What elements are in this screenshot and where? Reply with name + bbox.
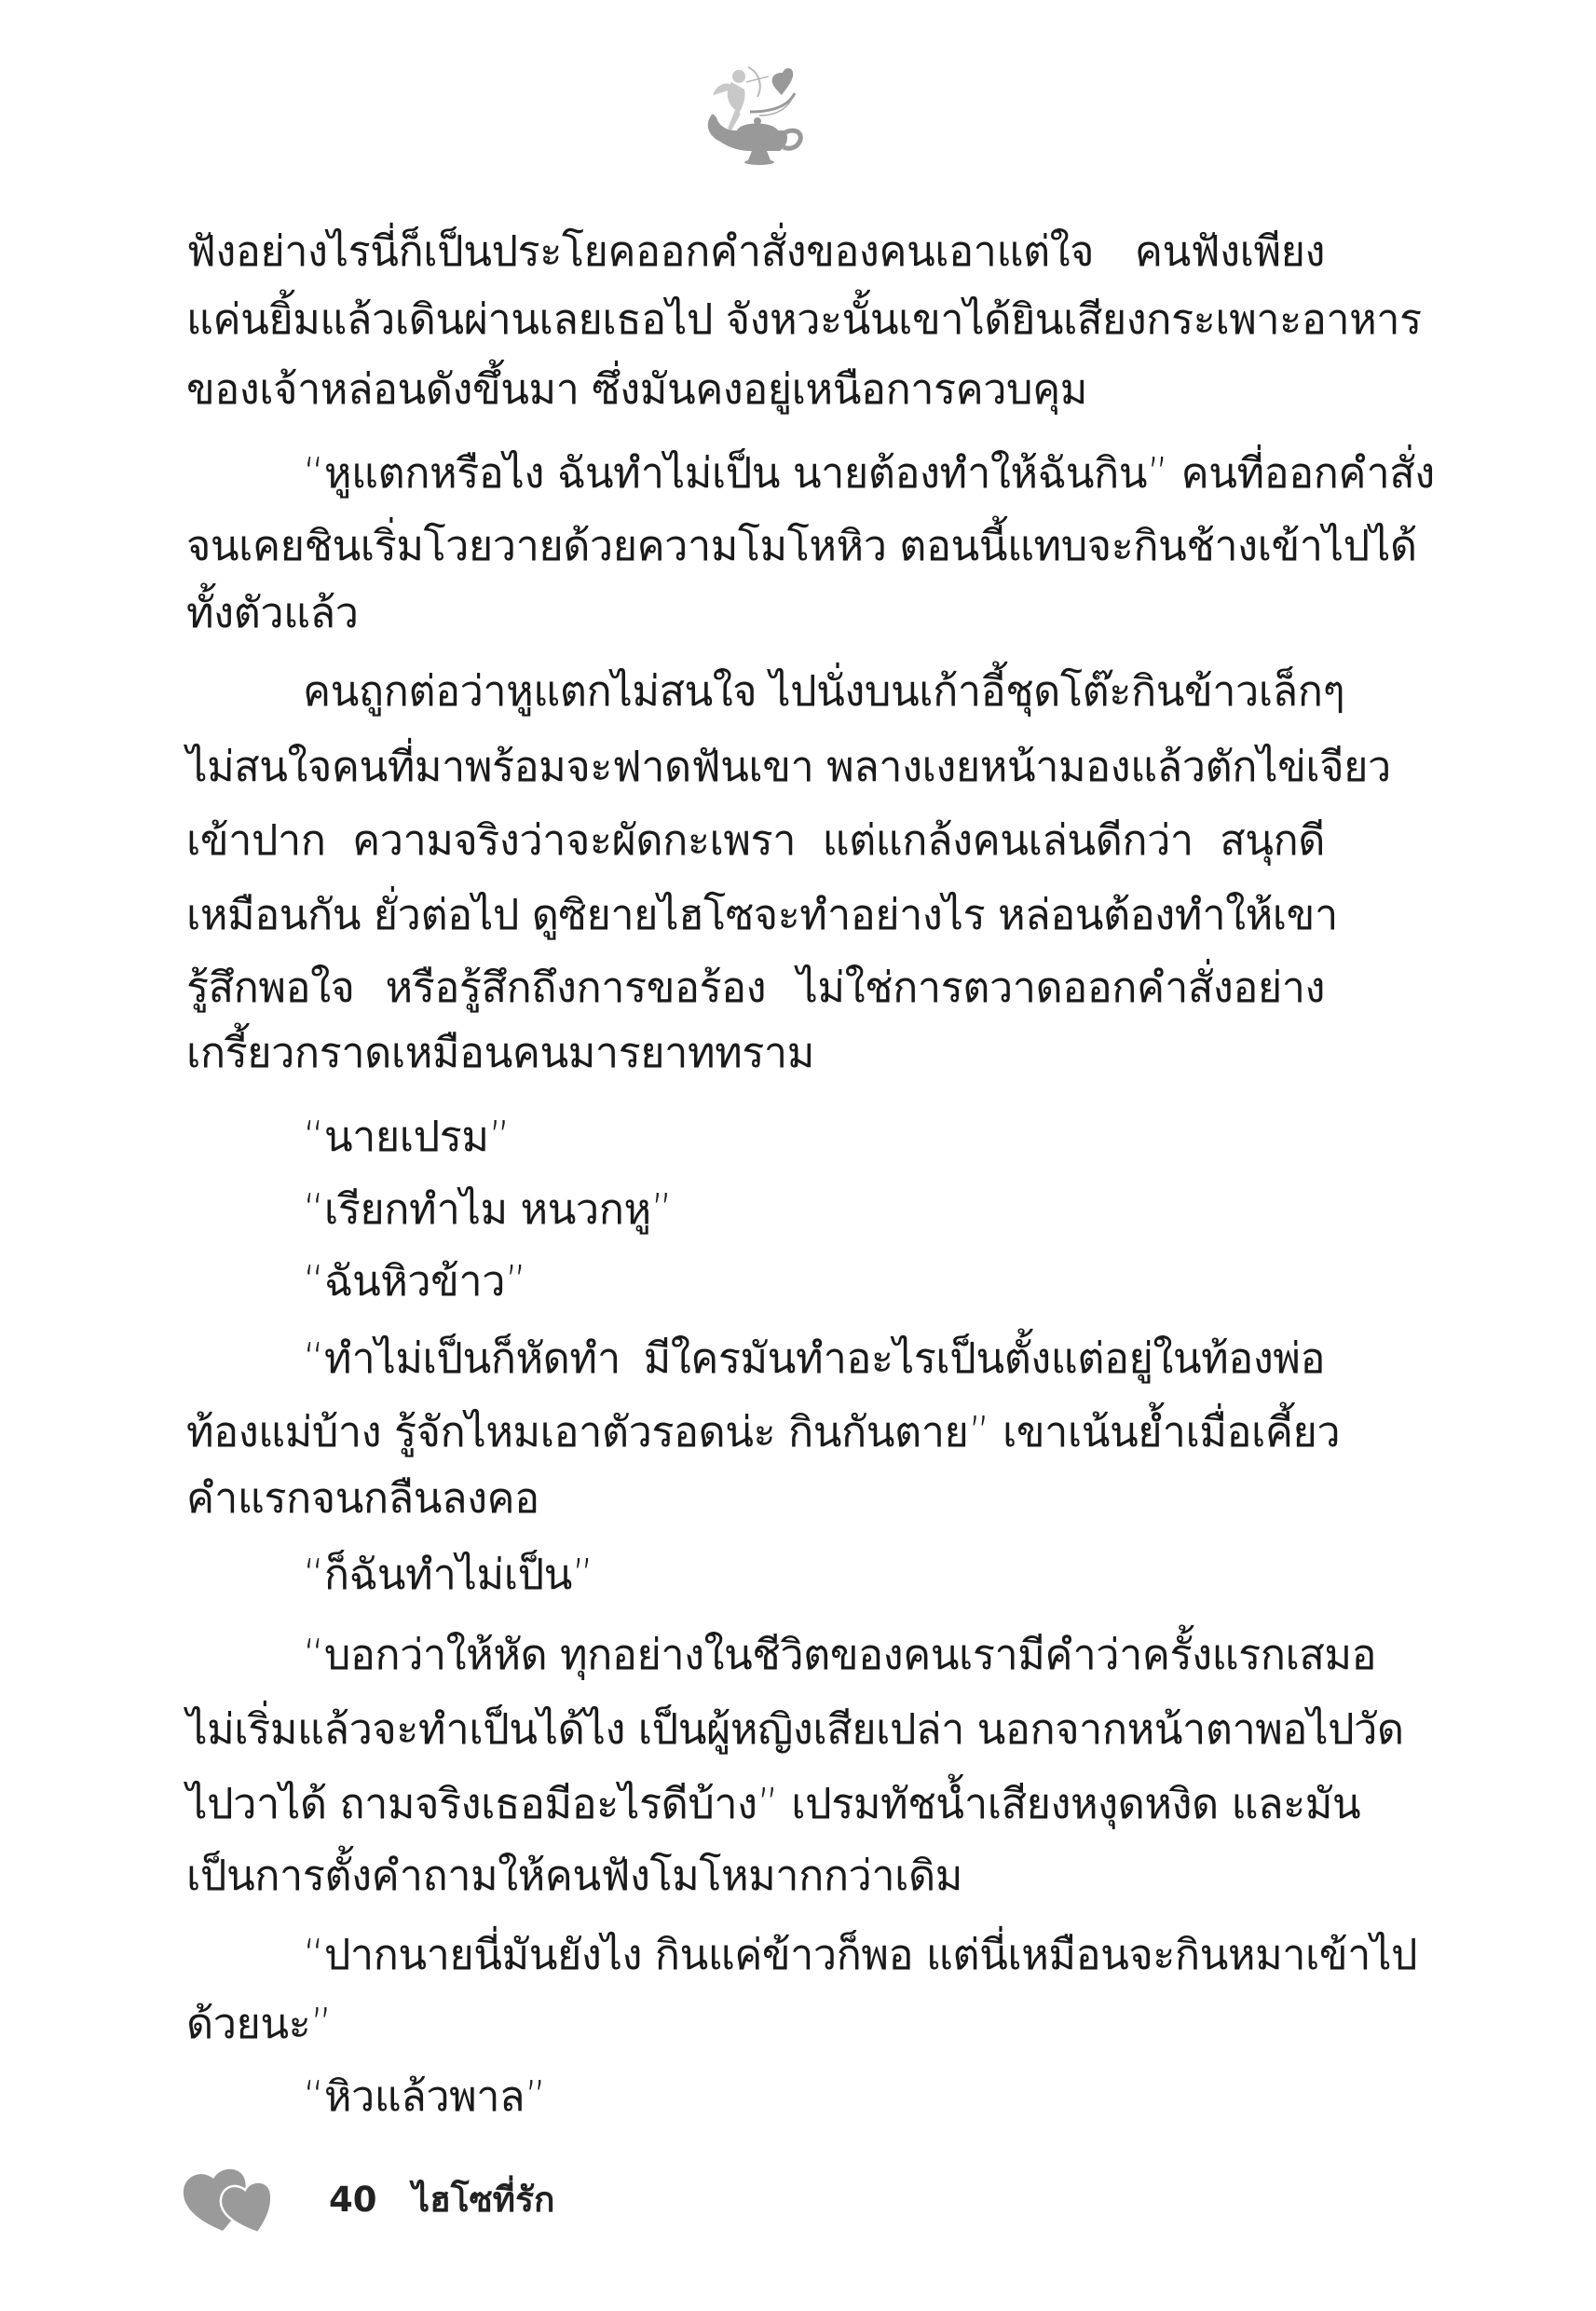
text-line: คนถูกต่อว่าหูแตกไม่สนใจ ไปนั่งบนเก้าอี้ช… [303, 663, 1325, 719]
text-line: ของเจ้าหล่อนดังขึ้นมา ซึ่งมันคงอยู่เหนือ… [186, 362, 1325, 417]
text-line: รู้สึกพอใจ หรือรู้สึกถึงการขอร้อง ไม่ใช่… [186, 960, 1325, 1016]
page-number: 40 [329, 2180, 377, 2220]
text-line: “เรียกทำไม หนวกหู” [303, 1182, 1325, 1238]
text-line: “ปากนายนี่มันยังไง กินแค่ข้าวก็พอ แต่นี่… [303, 1927, 1325, 1983]
book-title: ไฮโซที่รัก [413, 2172, 555, 2227]
text-line: “หิวแล้วพาล” [303, 2069, 1325, 2125]
text-line: “ก็ฉันทำไม่เป็น” [303, 1547, 1325, 1603]
cupid-genie-lamp-icon [694, 56, 815, 172]
double-heart-icon [182, 2162, 284, 2236]
text-line: “ฉันหิวข้าว” [303, 1253, 1325, 1309]
text-line: เป็นการตั้งคำถามให้คนฟังโมโหมากกว่าเดิม [186, 1848, 1325, 1904]
page-footer: 40 ไฮโซที่รัก [182, 2162, 554, 2236]
text-line: จนเคยชินเริ่มโวยวายด้วยความโมโหหิว ตอนนี… [186, 518, 1325, 574]
text-line: “ทำไม่เป็นก็หัดทำ มีใครมันทำอะไรเป็นตั้ง… [303, 1331, 1325, 1387]
text-line: “หูแตกหรือไง ฉันทำไม่เป็น นายต้องทำให้ฉั… [303, 445, 1325, 501]
text-line: ไม่สนใจคนที่มาพร้อมจะฟาดฟันเขา พลางเงยหน… [186, 739, 1325, 795]
text-line: เข้าปาก ความจริงว่าจะผัดกะเพรา แต่แกล้งค… [186, 813, 1325, 868]
text-line: “นายเปรม” [303, 1109, 1325, 1165]
text-line: ด้วยนะ” [186, 1996, 1325, 2052]
text-line: คำแรกจนกลืนลงคอ [186, 1470, 1325, 1526]
text-line: ไม่เริ่มแล้วจะทำเป็นได้ไง เป็นผู้หญิงเสี… [186, 1702, 1325, 1757]
text-line: เหมือนกัน ยั่วต่อไป ดูซิยายไฮโซจะทำอย่าง… [186, 887, 1325, 943]
text-line: เกรี้ยวกราดเหมือนคนมารยาททราม [186, 1025, 1325, 1081]
text-line: ทั้งตัวแล้ว [186, 585, 1325, 641]
text-line: ไปวาได้ ถามจริงเธอมีอะไรดีบ้าง” เปรมทัชน… [186, 1776, 1325, 1832]
text-line: “บอกว่าให้หัด ทุกอย่างในชีวิตของคนเรามีค… [303, 1627, 1325, 1683]
text-line: แค่นยิ้มแล้วเดินผ่านเลยเธอไป จังหวะนั้นเ… [186, 292, 1325, 348]
text-line: ท้องแม่บ้าง รู้จักไหมเอาตัวรอดน่ะ กินกัน… [186, 1404, 1325, 1460]
text-line: ฟังอย่างไรนี่ก็เป็นประโยคออกคำสั่งของคนเ… [186, 224, 1325, 280]
